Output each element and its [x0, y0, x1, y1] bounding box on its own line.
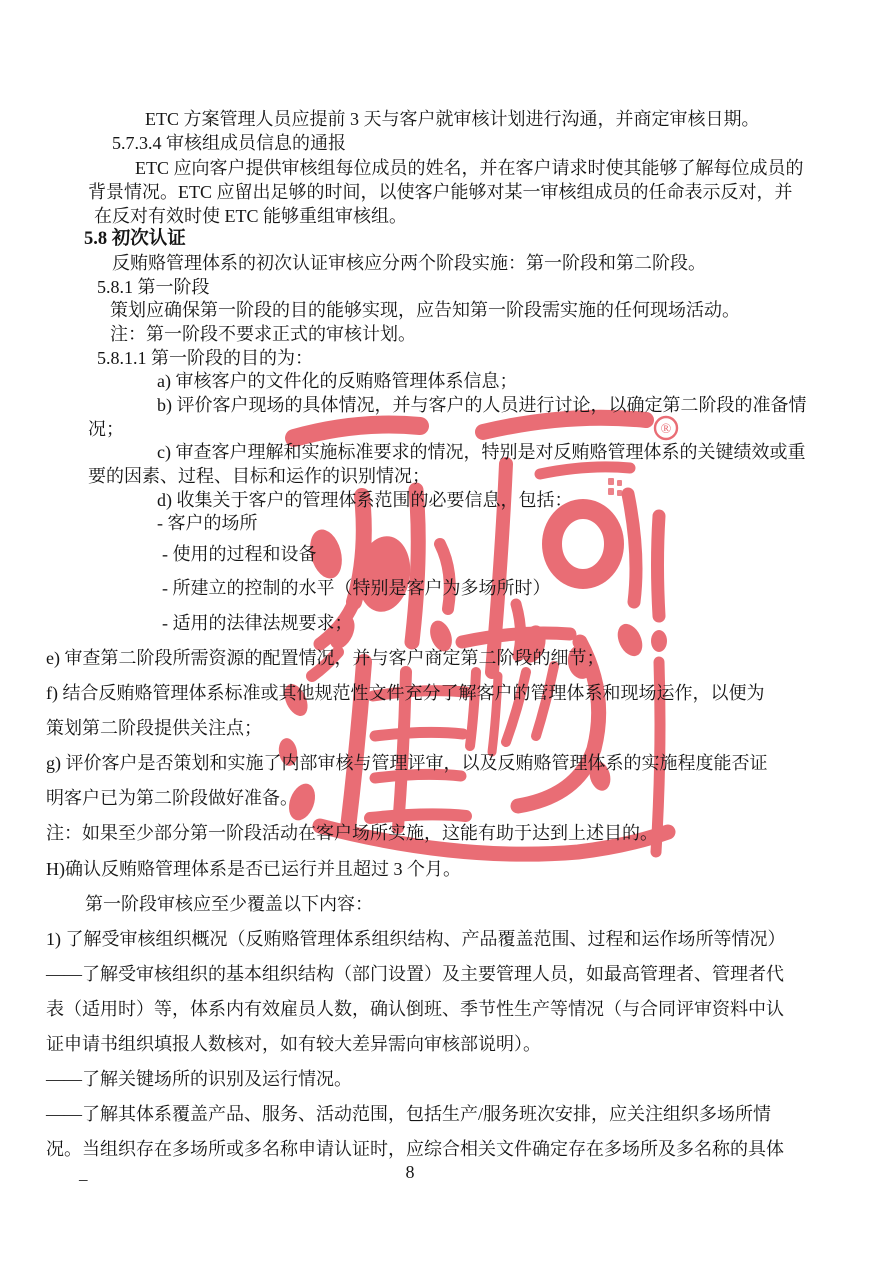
text-line: 表（适用时）等，体系内有效雇员人数，确认倒班、季节性生产等情况（与合同评审资料中… [46, 998, 784, 1021]
text-line: - 使用的过程和设备 [162, 543, 317, 566]
text-line: ——了解受审核组织的基本组织结构（部门设置）及主要管理人员，如最高管理者、管理者… [46, 963, 784, 986]
text-line: d) 收集关于客户的管理体系范围的必要信息，包括： [157, 489, 573, 512]
text-line: - 客户的场所 [157, 512, 258, 535]
text-line: 5.8 初次认证 [84, 228, 186, 251]
text-line: 证申请书组织填报人数核对，如有较大差异需向审核部说明）。 [46, 1033, 541, 1056]
text-line: 策划应确保第一阶段的目的能够实现，应告知第一阶段需实施的任何现场活动。 [110, 299, 740, 322]
text-line: ETC 应向客户提供审核组每位成员的姓名，并在客户请求时使其能够了解每位成员的 [135, 157, 804, 180]
text-line: - 所建立的控制的水平（特别是客户为多场所时） [162, 577, 551, 600]
text-line: 第一阶段审核应至少覆盖以下内容： [85, 893, 373, 916]
text-line: H)确认反贿赂管理体系是否已运行并且超过 3 个月。 [46, 858, 461, 881]
text-line: 背景情况。ETC 应留出足够的时间，以使客户能够对某一审核组成员的任命表示反对，… [88, 181, 793, 204]
text-line: g) 评价客户是否策划和实施了内部审核与管理评审，以及反贿赂管理体系的实施程度能… [46, 752, 768, 775]
document-text: ETC 方案管理人员应提前 3 天与客户就审核计划进行沟通，并商定审核日期。5.… [0, 0, 892, 1262]
text-line: 要的因素、过程、目标和运作的识别情况； [88, 465, 430, 488]
text-line: b) 评价客户现场的具体情况，并与客户的人员进行讨论，以确定第二阶段的准备情 [157, 394, 807, 417]
text-line: 况； [88, 418, 124, 441]
text-line: 注：如果至少部分第一阶段活动在客户场所实施，这能有助于达到上述目的。 [46, 822, 658, 845]
text-line: a) 审核客户的文件化的反贿赂管理体系信息； [157, 370, 517, 393]
text-line: 在反对有效时使 ETC 能够重组审核组。 [94, 205, 407, 228]
text-line: 况。当组织存在多场所或多名称申请认证时，应综合相关文件确定存在多场所及多名称的具… [46, 1138, 784, 1161]
text-line: 反贿赂管理体系的初次认证审核应分两个阶段实施：第一阶段和第二阶段。 [112, 252, 706, 275]
text-line: ——了解关键场所的识别及运行情况。 [46, 1068, 352, 1091]
text-line: 5.8.1 第一阶段 [97, 276, 210, 299]
text-line: 注：第一阶段不要求正式的审核计划。 [110, 323, 416, 346]
text-line: ETC 方案管理人员应提前 3 天与客户就审核计划进行沟通，并商定审核日期。 [145, 108, 760, 131]
text-line: 1) 了解受审核组织概况（反贿赂管理体系组织结构、产品覆盖范围、过程和运作场所等… [46, 928, 786, 951]
text-line: 明客户已为第二阶段做好准备。 [46, 787, 298, 810]
text-line: 策划第二阶段提供关注点； [46, 717, 262, 740]
text-line: 5.8.1.1 第一阶段的目的为： [97, 347, 313, 370]
text-line: c) 审查客户理解和实施标准要求的情况，特别是对反贿赂管理体系的关键绩效或重 [157, 441, 805, 464]
document-page: ® ETC 方案管理人员应提前 3 天与客户就审核计划进行沟通，并商定审核日期。… [0, 0, 892, 1262]
text-line: 5.7.3.4 审核组成员信息的通报 [112, 132, 346, 155]
footer-underscore-mark: _ [79, 1164, 88, 1184]
page-number: 8 [392, 1162, 428, 1183]
text-line: - 适用的法律法规要求； [162, 612, 353, 635]
text-line: ——了解其体系覆盖产品、服务、活动范围，包括生产/服务班次安排，应关注组织多场所… [46, 1103, 771, 1126]
text-line: e) 审查第二阶段所需资源的配置情况，并与客户商定第二阶段的细节； [46, 647, 604, 670]
text-line: f) 结合反贿赂管理体系标准或其他规范性文件充分了解客户的管理体系和现场运作，以… [46, 682, 764, 705]
